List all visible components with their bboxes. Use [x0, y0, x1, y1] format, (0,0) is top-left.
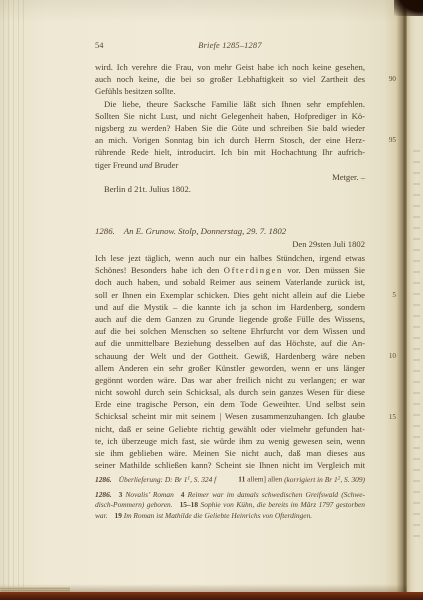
- text-line: auch noch keine, die bei so großer Lebha…: [95, 73, 365, 85]
- commentary-text: Sophie von Kühn, die bereits im März 179…: [198, 500, 365, 509]
- commentary-text: Novalis’ Roman: [122, 490, 173, 499]
- closing-emphasis: und: [139, 160, 152, 170]
- text-line: auch auf die dem Ganzen zu Grunde liegen…: [95, 313, 365, 325]
- text-line: schauung der Welt und der Gottheit. Gewi…: [95, 350, 365, 362]
- text-line: te, ich überzeuge mich fast, sie würde i…: [95, 435, 365, 447]
- text-line: sie ihm geblieben wäre. Meinen Sie nicht…: [95, 447, 365, 459]
- text-line: Schicksal scheint mir mit seinem | Wesen…: [95, 410, 365, 422]
- margin-line-number: 15: [372, 411, 396, 423]
- text-line: rührende Rede hielt, introducirt. Ich bi…: [95, 146, 365, 158]
- commentary-text: disch-Pommern) geboren.: [95, 500, 173, 509]
- commentary-text: war.: [95, 511, 108, 520]
- commentary-line: 1286.3 Novalis’ Roman4 Reimer war im dam…: [95, 490, 365, 500]
- margin-line-number: 90: [372, 73, 396, 85]
- text-line: doch auch haben, und sobald Reimer aus s…: [95, 276, 365, 288]
- margin-line-number: 5: [372, 289, 396, 301]
- letter-date: Den 29sten Juli 1802: [95, 239, 365, 249]
- margin-line-number: 10: [372, 350, 396, 362]
- page-top-shading: [0, 0, 407, 22]
- text-line: nicht sowohl durch sein Schicksal, als d…: [95, 386, 365, 398]
- line-text: Schönes! Besonders habe ich den: [95, 265, 224, 275]
- margin-line-number: 95: [372, 134, 396, 146]
- text-line: Gefühls besitzen sollte.: [95, 85, 365, 97]
- background-surface: [0, 592, 423, 600]
- book-page-scan: 54 Briefe 1285–1287 wird. Ich verehre di…: [0, 0, 423, 600]
- apparatus-letter-number: 1286.: [95, 475, 112, 484]
- signature: Metger. –: [95, 171, 365, 183]
- apparatus-source-text: Überlieferung: D: Br 1: [119, 475, 188, 484]
- page-edge-texture: [3, 0, 27, 594]
- apparatus-note-text: (korrigiert in Br 1: [284, 475, 338, 484]
- text-line: wird. Ich verehre die Frau, von mehr Gei…: [95, 61, 365, 73]
- text-line: allem Anderen ein sehr großer Künstler g…: [95, 362, 365, 374]
- commentary-letter-number: 1286.: [95, 490, 112, 499]
- text-line: Die liebe, theure Sacksche Familie läßt …: [95, 98, 365, 110]
- apparatus-left: 1286.Überlieferung: D: Br 11, S. 324 f: [95, 473, 216, 485]
- text-line: gegönnt worden wäre. Das war aber freili…: [95, 374, 365, 386]
- letter-closing-line: tiger Freund und Bruder: [95, 159, 365, 171]
- letter-1286-body: Ich lese jezt täglich, wenn auch nur ein…: [95, 252, 365, 471]
- letter-heading-text: An E. Grunow. Stolp, Donnerstag, 29. 7. …: [124, 226, 286, 236]
- apparatus-source: Überlieferung: D: Br 11, S. 324 f: [119, 475, 217, 484]
- text-line: und auf die Mystik – die kannte ich ja s…: [95, 301, 365, 313]
- commentary-text: Reimer war im damals schwedischen Greifs…: [184, 490, 365, 499]
- apparatus-uberlieferung: 1286.Überlieferung: D: Br 11, S. 324 f 1…: [95, 473, 365, 485]
- commentary-line: war.19 Im Roman ist Mathilde die Geliebt…: [95, 511, 365, 521]
- letter-1285-body: wird. Ich verehre die Frau, von mehr Gei…: [95, 61, 365, 195]
- apparatus-commentary: 1286.3 Novalis’ Roman4 Reimer war im dam…: [95, 490, 365, 521]
- letter-number: 1286.: [95, 226, 115, 236]
- commentary-line-ref: 19: [115, 511, 122, 520]
- text-line: seiner Mathilde schließen kann? Scheint …: [95, 459, 365, 471]
- closing-text: Bruder: [152, 160, 178, 170]
- closing-text: tiger Freund: [95, 160, 139, 170]
- text-line: nigsberg zu werden? Haben Sie die Güte u…: [95, 122, 365, 134]
- spaced-title: Ofterdingen: [224, 265, 283, 275]
- apparatus-right: 11 allem] allen (korrigiert in Br 12, S.…: [238, 473, 365, 485]
- apparatus-lemma: allem] allen: [245, 475, 284, 484]
- commentary-line: disch-Pommern) geboren.15–18 Sophie von …: [95, 500, 365, 510]
- text-line: Erde eine tragische Person, ein dem Tode…: [95, 398, 365, 410]
- apparatus-note-text: , S. 309): [340, 475, 365, 484]
- commentary-text: Im Roman ist Mathilde die Geliebte Heinr…: [122, 511, 312, 520]
- line-text: vor. Den müssen Sie: [283, 265, 365, 275]
- text-line: soll er Ihnen ein Exemplar schicken. Die…: [95, 289, 365, 301]
- apparatus-note: (korrigiert in Br 12, S. 309): [284, 475, 365, 484]
- letter-1286-heading: 1286.An E. Grunow. Stolp, Donnerstag, 29…: [95, 226, 365, 236]
- text-line: auf die unmittelbare Beziehung desselben…: [95, 337, 365, 349]
- text-line: an mich. Vorigen Sonntag bin ich durch H…: [95, 134, 365, 146]
- place-dateline: Berlin d 21t. Julius 1802.: [95, 183, 365, 195]
- text-line: Sollten Sie nicht Lust, und nicht Gelege…: [95, 110, 365, 122]
- text-line: Ich lese jezt täglich, wenn auch nur ein…: [95, 252, 365, 264]
- facing-page-text-ghost: [413, 150, 420, 545]
- running-head: Briefe 1285–1287: [95, 41, 365, 50]
- text-line: auf die bei solchen Menschen so seltene …: [95, 325, 365, 337]
- text-line: nicht, daß er seine Geliebte richtig gew…: [95, 423, 365, 435]
- commentary-line-ref: 15–18: [180, 500, 198, 509]
- dark-corner: [394, 0, 423, 16]
- apparatus-source-text: , S. 324 f: [190, 475, 216, 484]
- text-line: Schönes! Besonders habe ich den Ofterdin…: [95, 264, 365, 276]
- page-paper: 54 Briefe 1285–1287 wird. Ich verehre di…: [0, 0, 407, 594]
